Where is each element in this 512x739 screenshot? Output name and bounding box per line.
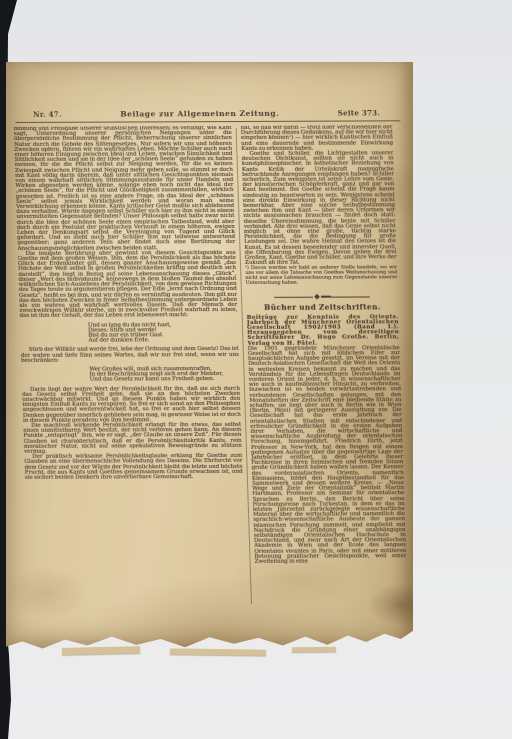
right-column: hat, so daß wir darin — trotz aller Vers…	[241, 125, 409, 608]
text-columns: bindung und Preisgabe unserer selbstisch…	[14, 125, 421, 609]
header-rule	[15, 120, 400, 123]
verse-line: Auf der dunklen Erde.	[88, 338, 238, 344]
page-header: Nr. 47. Beilage zur Allgemeinen Zeitung.…	[13, 108, 404, 119]
header-issue-number: Nr. 47.	[33, 110, 62, 119]
ornament-line-left	[274, 297, 313, 298]
newspaper-page: Nr. 47. Beilage zur Allgemeinen Zeitung.…	[6, 62, 413, 652]
section-divider-ornament	[274, 295, 370, 299]
printed-content: Nr. 47. Beilage zur Allgemeinen Zeitung.…	[13, 108, 420, 609]
goethe-verse-1: Und so lang du das nicht hast, Dieses: S…	[88, 323, 239, 344]
books-section-heading: Bücher und Zeitschriften.	[246, 305, 398, 311]
article-paragraph-2: Die innigste Berührung aber gewinnt von …	[18, 251, 238, 320]
verse-line: Und das Gesetz nur kann uns Freiheit geb…	[90, 377, 240, 383]
article-paragraph-3: Stirb der Willkür und werde frei, lebe d…	[21, 347, 239, 364]
article-paragraph-5: Die machtvoll wirkende Persönlichkeit er…	[23, 423, 242, 455]
goethe-verse-2: Wer Großes will, muß sich zusammenraffen…	[89, 367, 239, 383]
ornament-line-right	[331, 296, 370, 297]
book-entry-title: Beiträge zur Kenntnis des Orients. Jahrb…	[247, 315, 400, 347]
article-paragraph-6: Der praktisch wirksame Persönlichkeitsgl…	[24, 454, 243, 481]
torn-fragment-2	[170, 648, 266, 655]
header-page-number: Seite 373.	[338, 108, 381, 117]
article-paragraph-4: Darin liegt der wahre Wert der Persönlic…	[22, 387, 241, 424]
footnote: ¹) Davon werden wir bald an anderer Stel…	[245, 266, 398, 285]
left-column: bindung und Preisgabe unserer selbstisch…	[14, 126, 248, 609]
torn-fragment-1	[62, 646, 140, 655]
article-paragraph-8: Goethe und Schiller, die Lichtgestalten …	[241, 151, 397, 266]
torn-fragment-3	[292, 647, 336, 652]
book-review-text: Die 1901 gegründete Münchener Orientalis…	[248, 346, 407, 565]
ornament-diamond	[314, 294, 320, 300]
ornament-bar	[321, 296, 331, 298]
header-masthead: Beilage zur Allgemeinen Zeitung.	[62, 109, 338, 119]
article-paragraph-1: bindung und Preisgabe unserer selbstisch…	[14, 126, 236, 252]
article-paragraph-7: hat, so daß wir darin — trotz aller Vers…	[241, 125, 394, 152]
scanned-newspaper-view: Nr. 47. Beilage zur Allgemeinen Zeitung.…	[0, 0, 512, 739]
